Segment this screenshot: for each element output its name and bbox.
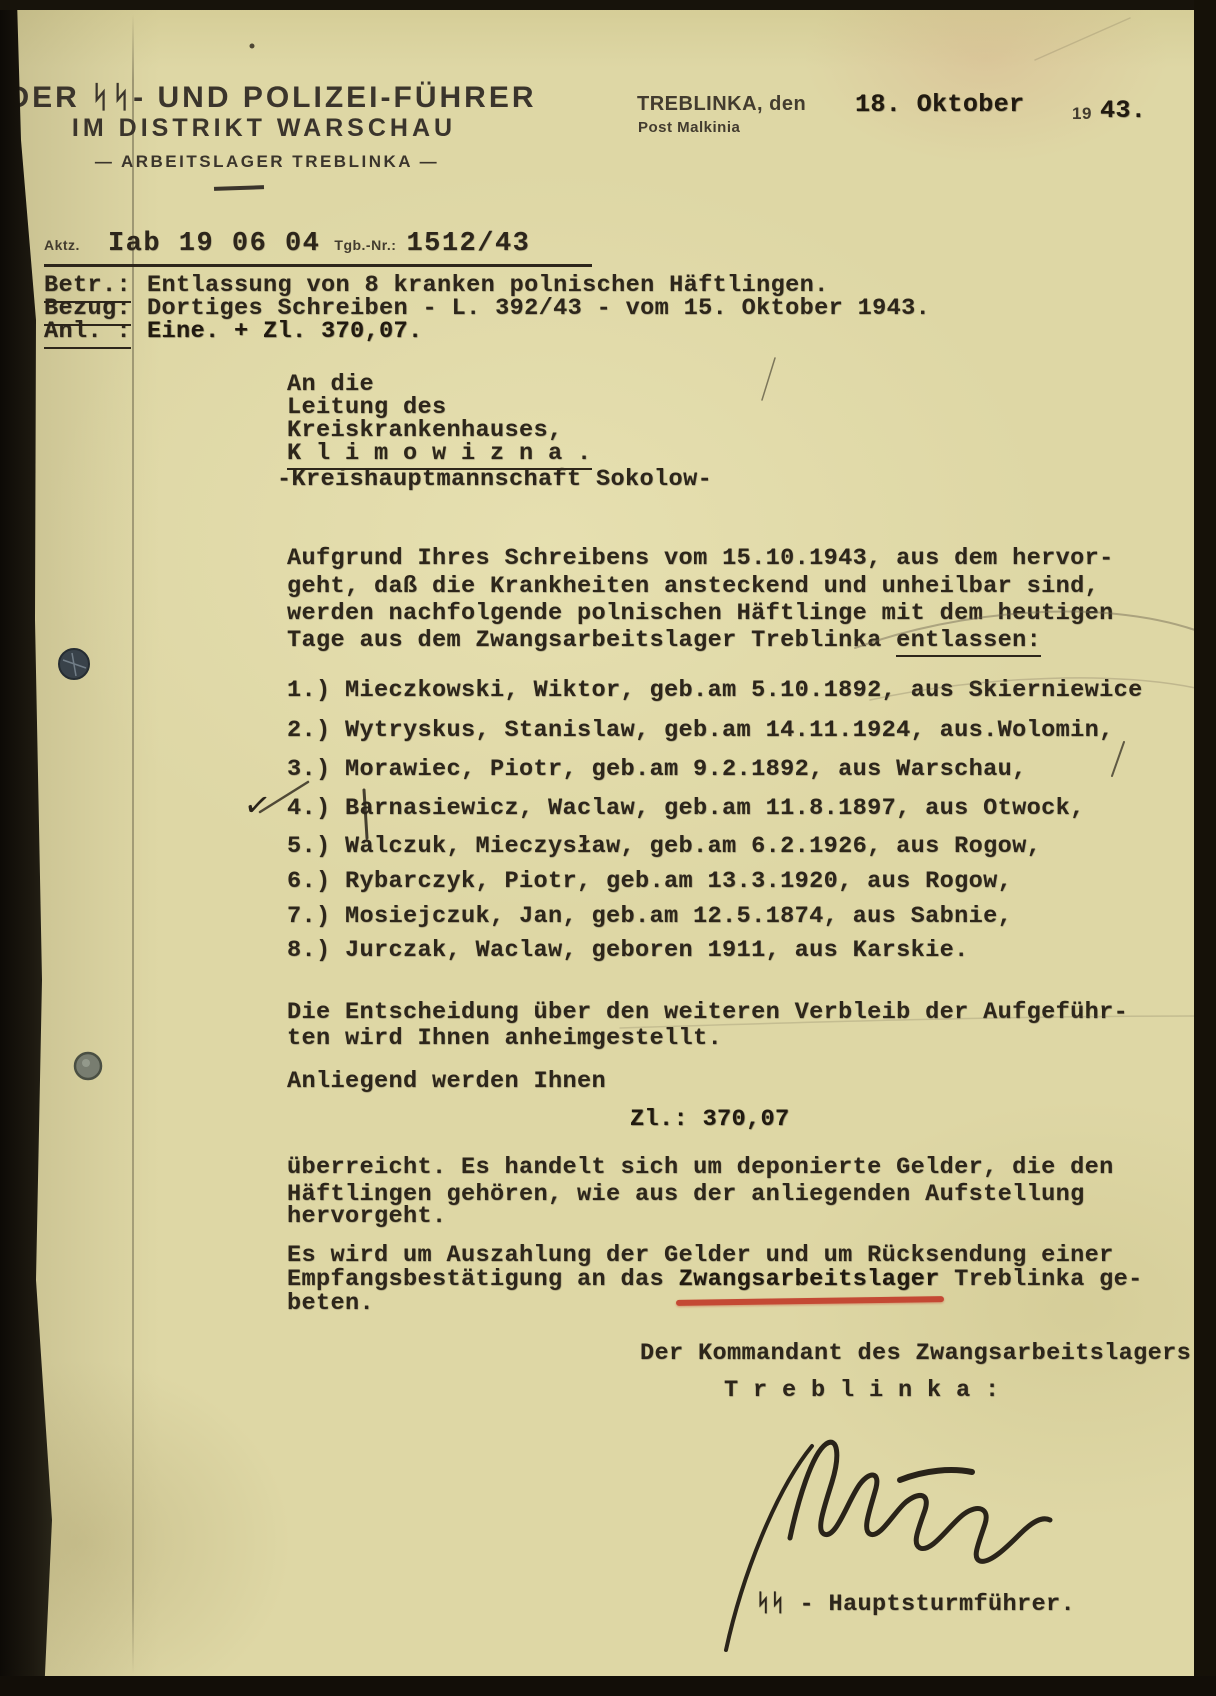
rank-label: - Hauptsturmführer. [785, 1591, 1075, 1618]
prisoner-row: 6.)Rybarczyk, Piotr, geb.am 13.3.1920, a… [287, 868, 1012, 896]
body-para4-line3: hervorgeht. [287, 1203, 447, 1231]
letterhead-line3: — ARBEITSLAGER TREBLINKA — [95, 152, 439, 172]
prisoner-num: 8.) [287, 937, 345, 965]
prisoner-num: 7.) [287, 903, 345, 931]
vertical-crease [132, 14, 134, 1674]
prisoner-row: 2.)Wytryskus, Stanislaw, geb.am 14.11.19… [287, 717, 1114, 745]
prisoner-details: Jurczak, Waclaw, geboren 1911, aus Karsk… [345, 937, 969, 964]
body-para5-line2: Empfangsbestätigung an das Zwangsarbeits… [287, 1266, 1143, 1294]
recipient-line5: -Kreishauptmannschaft Sokolow- [277, 466, 712, 494]
body-para2-line2: ten wird Ihnen anheimgestellt. [287, 1025, 722, 1053]
dateline-year-typed: 43. [1100, 96, 1146, 126]
dateline-post: Post Malkinia [638, 119, 740, 136]
prisoner-details: Rybarczyk, Piotr, geb.am 13.3.1920, aus … [345, 868, 1012, 895]
body-para1-line3: werden nachfolgende polnischen Häftlinge… [287, 600, 1114, 628]
recipient-line4: K l i m o w i z n a . [287, 440, 592, 468]
body-para3: Anliegend werden Ihnen [287, 1068, 606, 1096]
tgb-label: Tgb.-Nr.: [334, 237, 396, 253]
anl-label: Anl. : [44, 318, 131, 349]
prisoner-details: Barnasiewicz, Waclaw, geb.am 11.8.1897, … [345, 795, 1085, 822]
prisoner-row: 1.)Mieczkowski, Wiktor, geb.am 5.10.1892… [287, 677, 1143, 705]
file-ref-underline [44, 264, 592, 267]
prisoner-row: 3.)Morawiec, Piotr, geb.am 9.2.1892, aus… [287, 756, 1027, 784]
scan-edge-top [0, 0, 1216, 10]
body-para1-line2: geht, daß die Krankheiten ansteckend und… [287, 573, 1099, 601]
letterhead-line1: DER ᛋᛋ- UND POLIZEI-FÜHRER [7, 80, 536, 115]
anl-value: Eine. + Zl. 370,07. [147, 318, 423, 346]
anl-line: Anl. : Eine. + Zl. 370,07. [44, 318, 423, 349]
letterhead-line1-suffix: - UND POLIZEI-FÜHRER [133, 81, 536, 114]
body-para2-line1: Die Entscheidung über den weiteren Verbl… [287, 999, 1128, 1027]
closing-line2: T r e b l i n k a : [724, 1377, 1000, 1405]
prisoner-num: 2.) [287, 717, 345, 745]
prisoner-num: 1.) [287, 677, 345, 705]
prisoner-details: Walczuk, Mieczysław, geb.am 6.2.1926, au… [345, 833, 1041, 860]
ss-runes-icon: ᛋᛋ [91, 80, 133, 115]
tgb-value: 1512/43 [406, 228, 530, 260]
aktz-value: Iab 19 06 04 [108, 228, 320, 260]
body-para1-line4-prefix: Tage aus dem Zwangsarbeitslager Treblink… [287, 627, 896, 654]
letterhead-line2: IM DISTRIKT WARSCHAU [72, 114, 456, 143]
prisoner-num: 3.) [287, 756, 345, 784]
body-para1-line1: Aufgrund Ihres Schreibens vom 15.10.1943… [287, 545, 1114, 573]
prisoner-details: Wytryskus, Stanislaw, geb.am 14.11.1924,… [345, 717, 1114, 744]
red-marked-word: Zwangsarbeitslager [679, 1266, 940, 1293]
prisoner-row: 8.)Jurczak, Waclaw, geboren 1911, aus Ka… [287, 937, 969, 965]
body-para1-line4: Tage aus dem Zwangsarbeitslager Treblink… [287, 627, 1041, 655]
rank-line: ᛋᛋ - Hauptsturmführer. [756, 1588, 1075, 1619]
body-para5-line2-prefix: Empfangsbestätigung an das [287, 1266, 679, 1293]
scanned-letter-page: DER ᛋᛋ- UND POLIZEI-FÜHRER IM DISTRIKT W… [0, 0, 1216, 1696]
prisoner-row: 7.)Mosiejczuk, Jan, geb.am 12.5.1874, au… [287, 903, 1012, 931]
entlassen-underlined: entlassen: [896, 627, 1041, 657]
body-para5-line2-suffix: Treblinka ge- [940, 1266, 1143, 1293]
prisoner-details: Mieczkowski, Wiktor, geb.am 5.10.1892, a… [345, 677, 1143, 704]
body-para4-line1: überreicht. Es handelt sich um deponiert… [287, 1154, 1114, 1182]
prisoner-details: Mosiejczuk, Jan, geb.am 12.5.1874, aus S… [345, 903, 1012, 930]
dateline-date: 18. Oktober [855, 90, 1024, 120]
dateline-year-printed: 19 [1072, 104, 1092, 124]
prisoner-details: Morawiec, Piotr, geb.am 9.2.1892, aus Wa… [345, 756, 1027, 783]
dateline-place: TREBLINKA, den [637, 93, 806, 116]
prisoner-row: 4.)Barnasiewicz, Waclaw, geb.am 11.8.189… [287, 795, 1085, 823]
prisoner-num: 4.) [287, 795, 345, 823]
body-para5-line3: beten. [287, 1290, 374, 1318]
prisoner-num: 5.) [287, 833, 345, 861]
amount-line: Zl.: 370,07 [630, 1106, 790, 1134]
handwritten-checkmark: ✓ [241, 784, 273, 825]
closing-line1: Der Kommandant des Zwangsarbeitslagers [640, 1340, 1191, 1368]
prisoner-num: 6.) [287, 868, 345, 896]
prisoner-row: 5.)Walczuk, Mieczysław, geb.am 6.2.1926,… [287, 833, 1041, 861]
scan-edge-right [1194, 0, 1216, 1696]
file-ref-line: Aktz. Iab 19 06 04 Tgb.-Nr.: 1512/43 [44, 228, 530, 260]
scan-edge-bottom [0, 1676, 1216, 1696]
ss-runes-signature-icon: ᛋᛋ [756, 1588, 785, 1616]
aktz-label: Aktz. [44, 237, 80, 253]
